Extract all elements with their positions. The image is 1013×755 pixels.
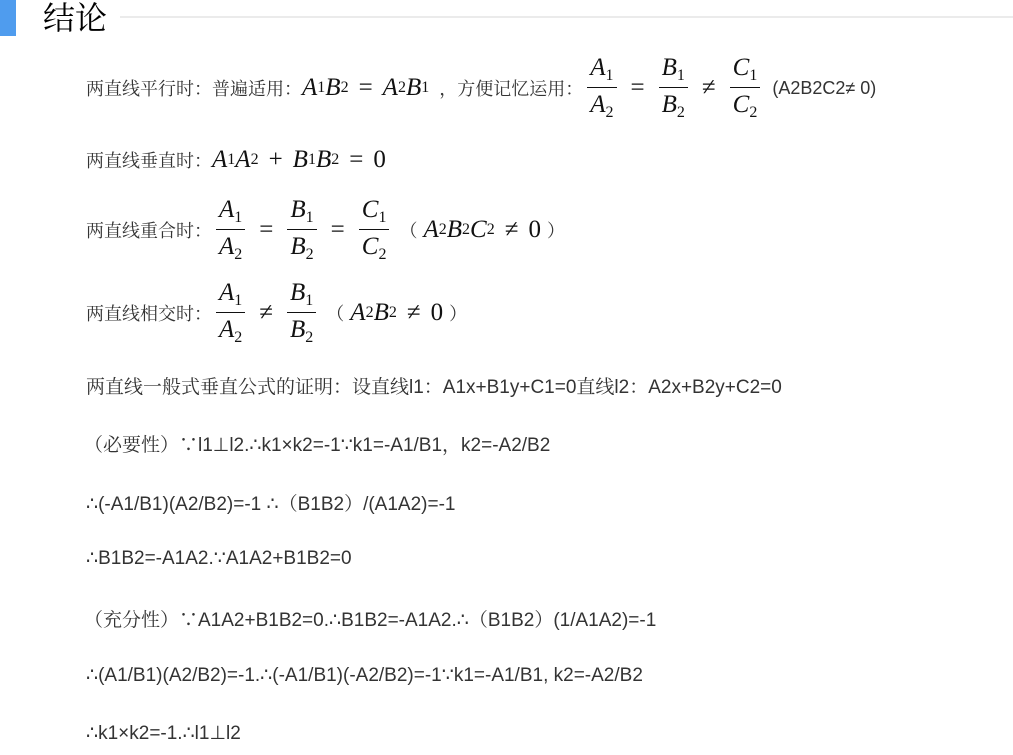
perpendicular-label: 两直线垂直时： [86, 147, 212, 173]
proof-line: ∴B1B2=-A1A2.∵A1A2+B1B2=0 [86, 547, 352, 570]
section-header: 结论 [0, 0, 1013, 40]
coincident-condition: 两直线重合时： A1A2 = B1B2 = C1C2 （ A2B2C2≠0 ） [86, 200, 571, 260]
intersect-close-paren: ） [449, 300, 467, 326]
section-title: 结论 [43, 0, 107, 38]
parallel-separator: ，方便记忆运用： [439, 75, 583, 101]
section-divider [120, 16, 1013, 18]
parallel-condition-note: (A2B2C2≠ 0) [772, 78, 876, 99]
intersect-formula: A1A2 ≠ B1B2 [212, 280, 320, 346]
intersect-condition-formula: A2B2≠0 [350, 299, 443, 327]
intersect-open-paren: （ [326, 300, 344, 326]
perpendicular-condition: 两直线垂直时： A1A2+B1B2=0 [86, 143, 386, 177]
proof-line: ∴k1×k2=-1.∴l1⊥l2 [86, 722, 241, 745]
proof-line: （充分性）∵A1A2+B1B2=0.∴B1B2=-A1A2.∴（B1B2）(1/… [84, 605, 656, 632]
coincident-label: 两直线重合时： [86, 217, 212, 243]
proof-line: ∴(-A1/B1)(A2/B2)=-1 ∴（B1B2）/(A1A2)=-1 [86, 489, 455, 516]
parallel-label: 两直线平行时：普遍适用： [86, 75, 302, 101]
section-accent-bar [0, 0, 16, 36]
intersect-label: 两直线相交时： [86, 300, 212, 326]
proof-line: ∴(A1/B1)(A2/B2)=-1.∴(-A1/B1)(-A2/B2)=-1∵… [86, 664, 643, 687]
proof-line: 两直线一般式垂直公式的证明：设直线l1：A1x+B1y+C1=0直线l2：A2x… [86, 372, 782, 399]
coincident-open-paren: （ [399, 217, 417, 243]
coincident-condition-formula: A2B2C2≠0 [423, 216, 540, 244]
coincident-close-paren: ） [547, 217, 565, 243]
intersect-condition: 两直线相交时： A1A2 ≠ B1B2 （ A2B2≠0 ） [86, 283, 473, 343]
perpendicular-formula: A1A2+B1B2=0 [212, 146, 386, 174]
parallel-ratio-formula: A1A2 = B1B2 ≠ C1C2 [583, 55, 764, 121]
parallel-formula: A1B2=A2B1 [302, 74, 429, 102]
parallel-condition: 两直线平行时：普遍适用： A1B2=A2B1 ，方便记忆运用： A1A2 = B… [86, 60, 876, 116]
proof-line: （必要性）∵l1⊥l2.∴k1×k2=-1∵k1=-A1/B1，k2=-A2/B… [84, 430, 550, 457]
coincident-formula: A1A2 = B1B2 = C1C2 [212, 197, 393, 263]
